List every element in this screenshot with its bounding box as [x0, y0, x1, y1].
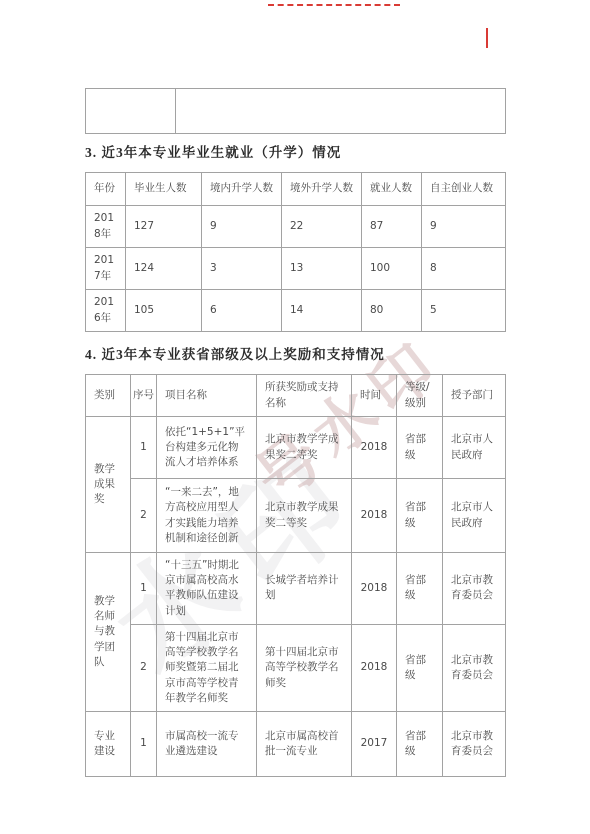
- cell-domestic-study: 6: [202, 290, 282, 332]
- empty-cell: [86, 89, 176, 134]
- cell-year: 2018: [352, 553, 397, 625]
- cell-department: 北京市教育委员会: [443, 624, 506, 711]
- col-project: 项目名称: [157, 375, 257, 417]
- previous-table-fragment: [85, 88, 506, 134]
- section-4-heading: 4. 近3年本专业获省部级及以上奖励和支持情况: [85, 346, 505, 364]
- scan-red-dash-mark: [268, 4, 400, 6]
- cell-level: 省部级: [397, 711, 443, 776]
- table-row: 2018年 127 9 22 87 9: [86, 206, 506, 248]
- table-row: 教学成果奖 1 依托“1+5+1”平台构建多元化物流人才培养体系 北京市教学学成…: [86, 417, 506, 479]
- page-content: 3. 近3年本专业毕业生就业（升学）情况 年份 毕业生人数 境内升学人数 境外升…: [85, 88, 505, 777]
- cell-seq: 1: [131, 417, 157, 479]
- col-seq: 序号: [131, 375, 157, 417]
- section-3-heading: 3. 近3年本专业毕业生就业（升学）情况: [85, 144, 505, 162]
- cell-employed: 80: [362, 290, 422, 332]
- empty-cell: [176, 89, 506, 134]
- cell-domestic-study: 9: [202, 206, 282, 248]
- cell-overseas-study: 22: [282, 206, 362, 248]
- cell-award: 长城学者培养计划: [257, 553, 352, 625]
- col-domestic-study: 境内升学人数: [202, 173, 282, 206]
- table-row: 2 “一来二去”，地方高校应用型人才实践能力培养机制和途径创新 北京市教学成果奖…: [86, 479, 506, 553]
- col-time: 时间: [352, 375, 397, 417]
- cell-year: 2018: [352, 624, 397, 711]
- cell-department: 北京市教育委员会: [443, 711, 506, 776]
- cell-category: 专业建设: [86, 711, 131, 776]
- table-header-row: 年份 毕业生人数 境内升学人数 境外升学人数 就业人数 自主创业人数: [86, 173, 506, 206]
- cell-domestic-study: 3: [202, 248, 282, 290]
- col-graduates: 毕业生人数: [126, 173, 202, 206]
- cell-seq: 1: [131, 553, 157, 625]
- cell-level: 省部级: [397, 553, 443, 625]
- cell-project: “十三五”时期北京市属高校高水平教师队伍建设计划: [157, 553, 257, 625]
- cell-award: 北京市教学学成果奖二等奖: [257, 417, 352, 479]
- document-page: 水印 号水印 3. 近3年本专业毕业生就业（升学）情况 年份 毕业生人数 境: [0, 0, 590, 834]
- col-award: 所获奖励或支持名称: [257, 375, 352, 417]
- col-department: 授予部门: [443, 375, 506, 417]
- cell-seq: 2: [131, 624, 157, 711]
- cell-year: 2017年: [86, 248, 126, 290]
- table-header-row: 类别 序号 项目名称 所获奖励或支持名称 时间 等级/级别 授予部门: [86, 375, 506, 417]
- table-row: 教学名师与教学团队 1 “十三五”时期北京市属高校高水平教师队伍建设计划 长城学…: [86, 553, 506, 625]
- cell-graduates: 105: [126, 290, 202, 332]
- cell-self-employed: 8: [422, 248, 506, 290]
- cell-seq: 2: [131, 479, 157, 553]
- table-row: [86, 89, 506, 134]
- col-category: 类别: [86, 375, 131, 417]
- cell-department: 北京市教育委员会: [443, 553, 506, 625]
- cell-employed: 100: [362, 248, 422, 290]
- table-row: 专业建设 1 市属高校一流专业遴选建设 北京市属高校首批一流专业 2017 省部…: [86, 711, 506, 776]
- cell-self-employed: 5: [422, 290, 506, 332]
- cell-year: 2018: [352, 417, 397, 479]
- cell-department: 北京市人民政府: [443, 479, 506, 553]
- awards-table: 类别 序号 项目名称 所获奖励或支持名称 时间 等级/级别 授予部门 教学成果奖…: [85, 374, 506, 777]
- cell-level: 省部级: [397, 417, 443, 479]
- cell-department: 北京市人民政府: [443, 417, 506, 479]
- cell-award: 第十四届北京市高等学校教学名师奖: [257, 624, 352, 711]
- cell-year: 2018: [352, 479, 397, 553]
- col-employed: 就业人数: [362, 173, 422, 206]
- cell-overseas-study: 13: [282, 248, 362, 290]
- employment-table: 年份 毕业生人数 境内升学人数 境外升学人数 就业人数 自主创业人数 2018年…: [85, 172, 506, 332]
- cell-category: 教学名师与教学团队: [86, 553, 131, 712]
- col-year: 年份: [86, 173, 126, 206]
- cell-project: 依托“1+5+1”平台构建多元化物流人才培养体系: [157, 417, 257, 479]
- cell-graduates: 127: [126, 206, 202, 248]
- table-row: 2017年 124 3 13 100 8: [86, 248, 506, 290]
- cell-level: 省部级: [397, 479, 443, 553]
- cell-award: 北京市属高校首批一流专业: [257, 711, 352, 776]
- table-row: 2 第十四届北京市高等学校教学名师奖暨第二届北京市高等学校青年教学名师奖 第十四…: [86, 624, 506, 711]
- cell-year: 2017: [352, 711, 397, 776]
- cell-project: “一来二去”，地方高校应用型人才实践能力培养机制和途径创新: [157, 479, 257, 553]
- col-level: 等级/级别: [397, 375, 443, 417]
- cell-project: 市属高校一流专业遴选建设: [157, 711, 257, 776]
- col-overseas-study: 境外升学人数: [282, 173, 362, 206]
- cell-project: 第十四届北京市高等学校教学名师奖暨第二届北京市高等学校青年教学名师奖: [157, 624, 257, 711]
- table-row: 2016年 105 6 14 80 5: [86, 290, 506, 332]
- cell-category: 教学成果奖: [86, 417, 131, 553]
- cell-level: 省部级: [397, 624, 443, 711]
- cell-employed: 87: [362, 206, 422, 248]
- col-self-employed: 自主创业人数: [422, 173, 506, 206]
- cell-overseas-study: 14: [282, 290, 362, 332]
- cell-graduates: 124: [126, 248, 202, 290]
- cell-seq: 1: [131, 711, 157, 776]
- cell-self-employed: 9: [422, 206, 506, 248]
- cell-year: 2016年: [86, 290, 126, 332]
- cell-award: 北京市教学成果奖二等奖: [257, 479, 352, 553]
- scan-red-tick-mark: [486, 28, 488, 48]
- cell-year: 2018年: [86, 206, 126, 248]
